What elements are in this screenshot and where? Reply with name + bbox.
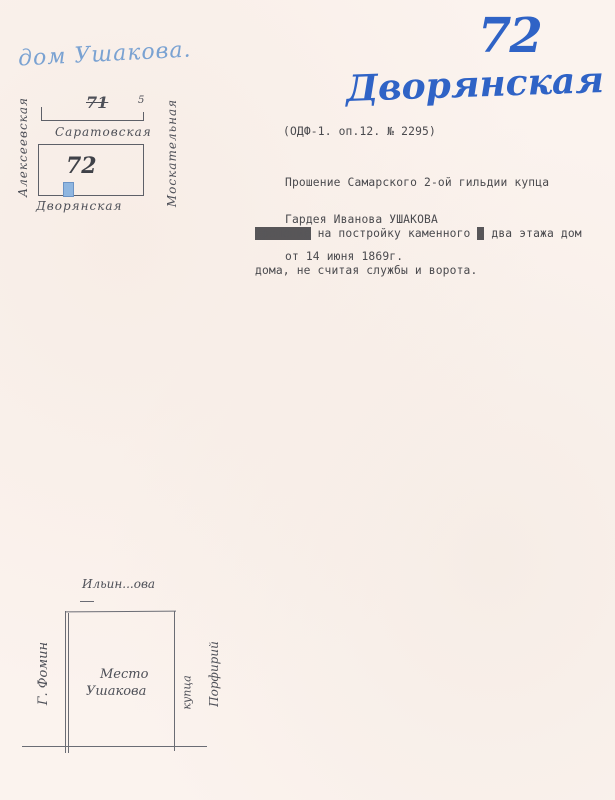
petition-body: Прошение на постройку каменного в два эт…	[255, 204, 582, 289]
record-number: 72	[478, 8, 541, 64]
body-text: на постройку каменного	[311, 227, 478, 240]
sketch-line	[65, 611, 66, 753]
plot-right-label-1: купца	[181, 675, 194, 709]
sketch-line	[22, 746, 207, 747]
plot-plan-sketch: Ильин...ова Место Ушакова Г. Фомин купца…	[0, 0, 240, 800]
archive-reference: (ОДФ-1. оп.12. № 2295)	[283, 126, 436, 138]
struck-word: Прошение	[255, 227, 311, 240]
petition-title-line: Прошение Самарского 2-ой гильдии купца	[285, 177, 549, 189]
petition-body-line: Прошение на постройку каменного в два эт…	[255, 228, 582, 240]
body-text: два этажа дом	[484, 227, 581, 240]
sketch-line	[174, 611, 175, 751]
struck-char: в	[477, 227, 484, 240]
sketch-line	[66, 611, 176, 613]
sketch-line	[68, 613, 69, 753]
plot-label-line2: Ушакова	[86, 684, 146, 699]
plot-left-label: Г. Фомин	[36, 642, 51, 705]
petition-body-line: дома, не считая службы и ворота.	[255, 265, 582, 277]
plot-label-line1: Место	[100, 667, 148, 682]
street-heading: Дворянская	[345, 59, 604, 110]
plot-right-label-2: Порфирий	[207, 641, 221, 707]
plot-top-label: Ильин...ова	[82, 577, 155, 591]
sketch-line	[80, 601, 94, 602]
